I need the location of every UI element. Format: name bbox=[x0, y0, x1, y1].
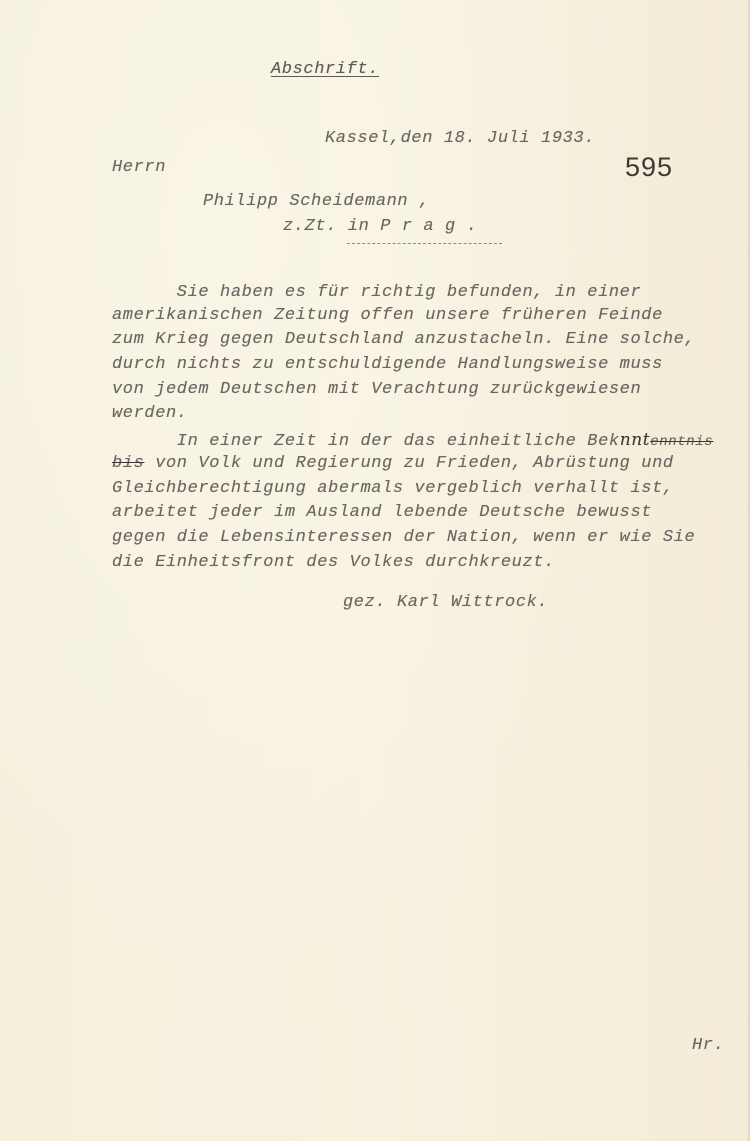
struck-text: bis bbox=[112, 454, 144, 473]
paragraph1-line: durch nichts zu entschuldigende Handlung… bbox=[112, 355, 663, 374]
salutation: Herrn bbox=[112, 158, 166, 177]
paragraph2-line: arbeitet jeder im Ausland lebende Deutsc… bbox=[112, 503, 652, 522]
document-heading: Abschrift. bbox=[271, 60, 379, 79]
location-underline bbox=[347, 243, 502, 244]
paragraph2-line-2: bis von Volk und Regierung zu Frieden, A… bbox=[112, 454, 674, 473]
initials: Hr. bbox=[692, 1036, 724, 1055]
paragraph2-line-2-text: von Volk und Regierung zu Frieden, Abrüs… bbox=[144, 454, 673, 473]
paragraph1-line: zum Krieg gegen Deutschland anzustacheln… bbox=[112, 330, 695, 349]
paragraph1-line: Sie haben es für richtig befunden, in ei… bbox=[112, 283, 641, 302]
paragraph1-line: amerikanischen Zeitung offen unsere früh… bbox=[112, 306, 663, 325]
paper-edge bbox=[746, 0, 750, 1141]
paragraph2-line-1: In einer Zeit in der das einheitliche Be… bbox=[112, 430, 713, 451]
paragraph2-line: Gleichberechtigung abermals vergeblich v… bbox=[112, 479, 674, 498]
handwritten-correction: nnt bbox=[620, 430, 651, 450]
paragraph1-line: werden. bbox=[112, 404, 188, 423]
signature: gez. Karl Wittrock. bbox=[343, 593, 548, 612]
place-date: Kassel,den 18. Juli 1933. bbox=[325, 129, 595, 148]
paragraph2-line: die Einheitsfront des Volkes durchkreuzt… bbox=[112, 553, 555, 572]
paragraph2-line: gegen die Lebensinteressen der Nation, w… bbox=[112, 528, 695, 547]
recipient-location: z.Zt. in P r a g . bbox=[283, 217, 477, 236]
page-number: 595 bbox=[625, 152, 673, 183]
recipient-name: Philipp Scheidemann , bbox=[203, 192, 430, 211]
paragraph1-line: von jedem Deutschen mit Verachtung zurüc… bbox=[112, 380, 641, 399]
struck-text: enntnis bbox=[650, 434, 713, 450]
paragraph2-line-1-text: In einer Zeit in der das einheitliche Be… bbox=[112, 432, 620, 451]
